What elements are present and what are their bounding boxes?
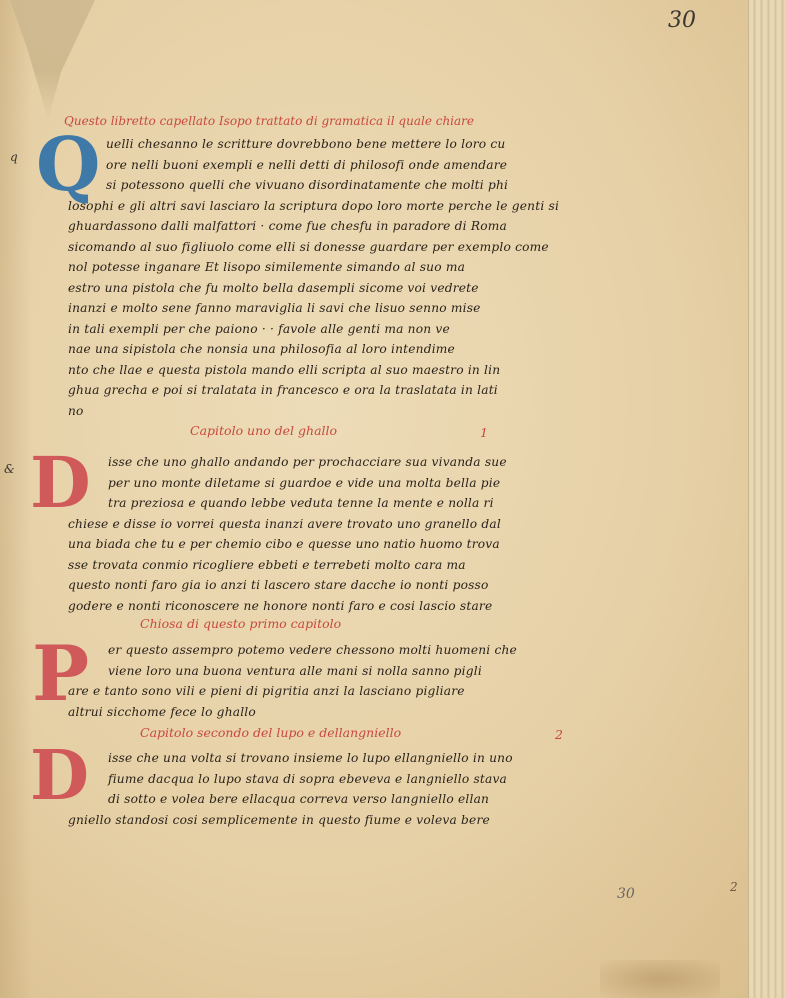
text-line: tra preziosa e quando lebbe veduta tenne… xyxy=(68,493,648,514)
chapter1-number: 1 xyxy=(480,425,488,440)
text-line: si potessono quelli che vivuano disordin… xyxy=(68,175,648,196)
text-line: altrui sicchome fece lo ghallo xyxy=(68,702,648,723)
margin-mark-2: 2 xyxy=(730,880,738,894)
text-line: una biada che tu e per chemio cibo e que… xyxy=(68,534,648,555)
incipit-rubric: Questo libretto capellato Isopo trattato… xyxy=(64,114,474,128)
text-line: losophi e gli altri savi lasciaro la scr… xyxy=(68,196,648,217)
text-line: ghuardassono dalli malfattori · come fue… xyxy=(68,216,648,237)
text-line: godere e nonti riconoscere ne honore non… xyxy=(68,596,648,617)
text-line: nto che llae e questa pistola mando elli… xyxy=(68,360,648,381)
text-line: inanzi e molto sene fanno maraviglia li … xyxy=(68,298,648,319)
text-line: ore nelli buoni exempli e nelli detti di… xyxy=(68,155,648,176)
text-line: isse che uno ghallo andando per prochacc… xyxy=(68,452,648,473)
text-line: ghua grecha e poi si tralatata in france… xyxy=(68,380,648,401)
text-line: sse trovata conmio ricogliere ebbeti e t… xyxy=(68,555,648,576)
chapter2-text: isse che una volta si trovano insieme lo… xyxy=(68,748,648,830)
text-line: uelli chesanno le scritture dovrebbono b… xyxy=(68,134,648,155)
text-line: estro una pistola che fu molto bella das… xyxy=(68,278,648,299)
text-line: isse che una volta si trovano insieme lo… xyxy=(68,748,648,769)
text-line: nae una sipistola che nonsia una philoso… xyxy=(68,339,648,360)
text-line: er questo assempro potemo vedere chesson… xyxy=(68,640,648,661)
chapter2-rubric: Capitolo secondo del lupo e dellangniell… xyxy=(140,725,401,740)
text-line: fiume dacqua lo lupo stava di sopra ebev… xyxy=(68,769,648,790)
text-line: questo nonti faro gia io anzi ti lascero… xyxy=(68,575,648,596)
gloss-text: er questo assempro potemo vedere chesson… xyxy=(68,640,648,722)
text-line: are e tanto sono vili e pieni di pigriti… xyxy=(68,681,648,702)
page-edges xyxy=(748,0,785,998)
incipit-text: uelli chesanno le scritture dovrebbono b… xyxy=(68,134,648,421)
text-line: gniello standosi cosi semplicemente in q… xyxy=(68,810,648,831)
text-line: in tali exempli per che paiono · · favol… xyxy=(68,319,648,340)
text-line: per uno monte diletame si guardoe e vide… xyxy=(68,473,648,494)
parchment-stain-bottom xyxy=(600,960,720,998)
text-line: nol potesse inganare Et lisopo similemen… xyxy=(68,257,648,278)
margin-mark-q: q xyxy=(10,150,18,164)
text-line: chiese e disse io vorrei questa inanzi a… xyxy=(68,514,648,535)
margin-mark-et: & xyxy=(4,462,15,476)
chapter1-rubric: Capitolo uno del ghallo xyxy=(190,423,337,438)
gloss-rubric: Chiosa di questo primo capitolo xyxy=(140,616,341,631)
chapter2-number: 2 xyxy=(555,727,563,742)
text-line: sicomando al suo figliuolo come elli si … xyxy=(68,237,648,258)
text-line: viene loro una buona ventura alle mani s… xyxy=(68,661,648,682)
manuscript-page: 30 30 Questo libretto capellato Isopo tr… xyxy=(0,0,785,998)
chapter1-text: isse che uno ghallo andando per prochacc… xyxy=(68,452,648,616)
text-line: di sotto e volea bere ellacqua correva v… xyxy=(68,789,648,810)
folio-number-bottom: 30 xyxy=(617,886,635,902)
folio-number-top: 30 xyxy=(668,8,696,33)
text-line: no xyxy=(68,401,648,422)
